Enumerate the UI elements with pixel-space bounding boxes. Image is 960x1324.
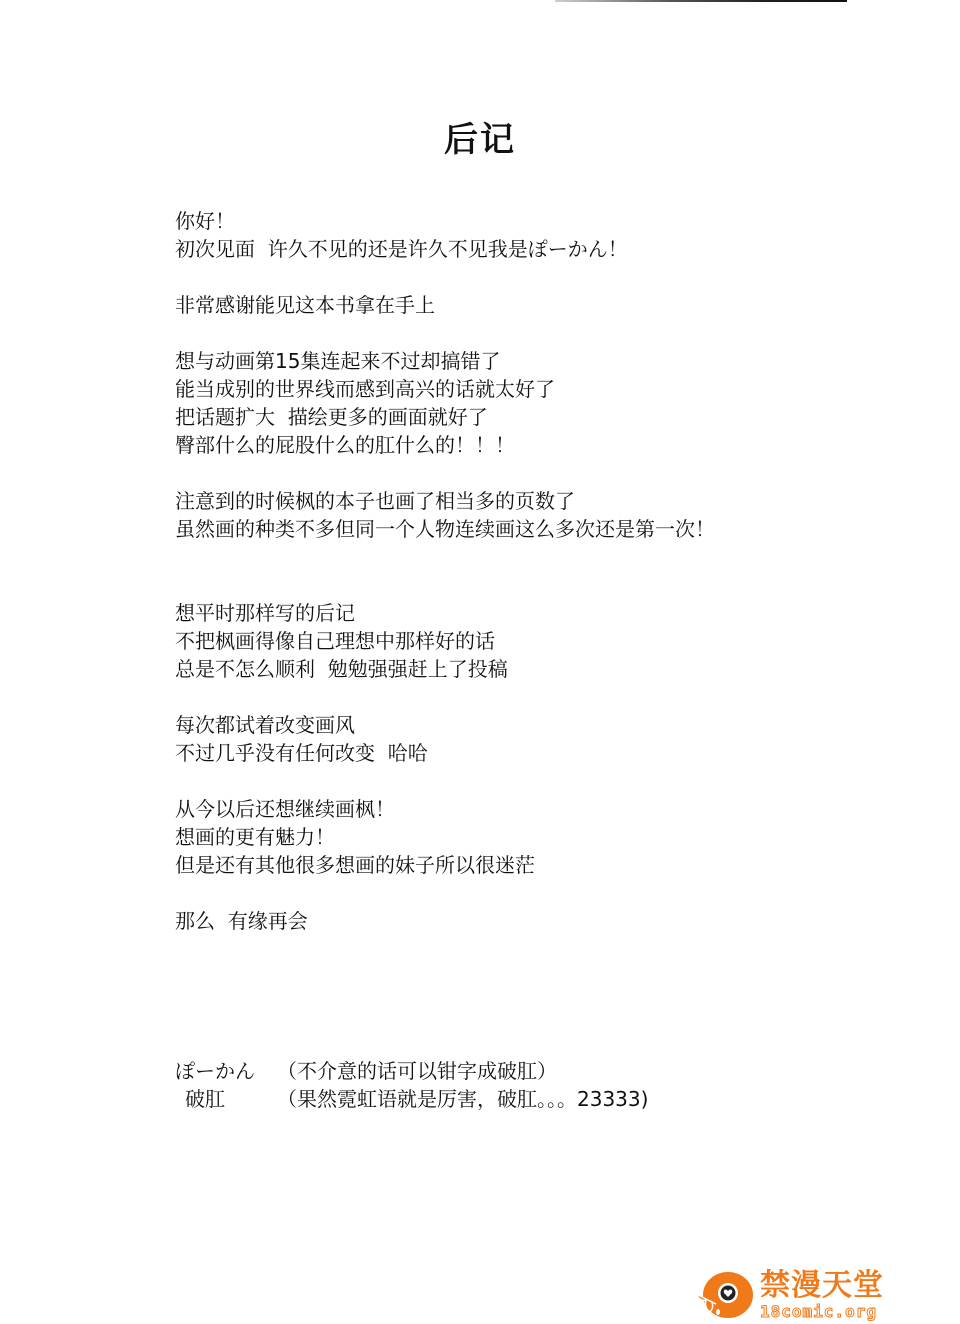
signature-row: 破肛 （果然霓虹语就是厉害，破肛。。。23333) <box>175 1085 648 1113</box>
author-note: （不介意的话可以钳字成破肛） <box>277 1057 557 1085</box>
watermark-logo: 禁漫天堂 18comic.org <box>694 1266 926 1324</box>
signature-block: ぽーかん （不介意的话可以钳字成破肛） 破肛 （果然霓虹语就是厉害，破肛。。。2… <box>175 1057 648 1113</box>
author-name: 破肛 <box>175 1085 277 1113</box>
fish-mascot-heart-icon <box>694 1268 756 1322</box>
text-line: 注意到的时候枫的本子也画了相当多的页数了 <box>175 487 715 515</box>
text-line: 不把枫画得像自己理想中那样好的话 <box>175 627 715 655</box>
text-line: 每次都试着改变画风 <box>175 711 715 739</box>
text-line: 总是不怎么顺利 勉勉强强赶上了投稿 <box>175 655 715 683</box>
text-line: 能当成别的世界线而感到高兴的话就太好了 <box>175 375 715 403</box>
text-line: 想与动画第15集连起来不过却搞错了 <box>175 347 715 375</box>
text-line: 但是还有其他很多想画的妹子所以很迷茫 <box>175 851 715 879</box>
text-line: 那么 有缘再会 <box>175 907 715 935</box>
text-line: 想平时那样写的后记 <box>175 599 715 627</box>
text-line: 把话题扩大 描绘更多的画面就好了 <box>175 403 715 431</box>
author-name: ぽーかん <box>175 1057 277 1085</box>
author-note: （果然霓虹语就是厉害，破肛。。。23333) <box>277 1085 648 1113</box>
text-line: 臀部什么的屁股什么的肛什么的！！！ <box>175 431 715 459</box>
afterword-body: 你好！ 初次见面 许久不见的还是许久不见我是ぽーかん！ 非常感谢能见这本书拿在手… <box>175 207 715 935</box>
text-line: 想画的更有魅力！ <box>175 823 715 851</box>
text-line: 非常感谢能见这本书拿在手上 <box>175 291 715 319</box>
text-line: 不过几乎没有任何改变 哈哈 <box>175 739 715 767</box>
text-line: 虽然画的种类不多但同一个人物连续画这么多次还是第一次！ <box>175 515 715 543</box>
text-line: 从今以后还想继续画枫！ <box>175 795 715 823</box>
watermark-name: 禁漫天堂 <box>760 1269 884 1303</box>
signature-row: ぽーかん （不介意的话可以钳字成破肛） <box>175 1057 648 1085</box>
text-line: 你好！ <box>175 207 715 235</box>
text-line: 初次见面 许久不见的还是许久不见我是ぽーかん！ <box>175 235 715 263</box>
page-title: 后记 <box>0 118 960 162</box>
scan-edge-line <box>555 0 847 2</box>
watermark-url: 18comic.org <box>760 1303 884 1321</box>
